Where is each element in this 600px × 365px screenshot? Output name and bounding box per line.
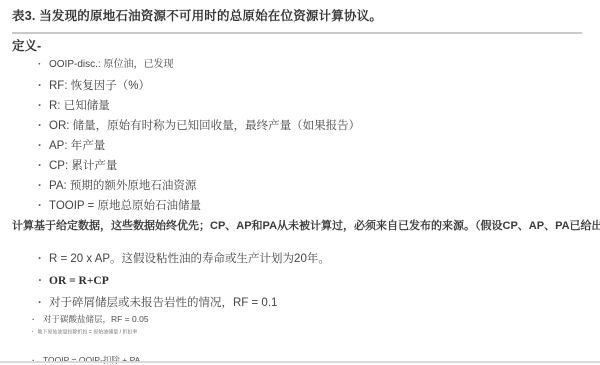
- definition-item-r: R: 已知储量: [38, 100, 588, 112]
- definition-item-rf: RF: 恢复因子（%）: [38, 80, 588, 92]
- table-caption: 表3. 当发现的原地石油资源不可用时的总原始在位资源计算协议。: [12, 9, 588, 23]
- document-page: 表3. 当发现的原地石油资源不可用时的总原始在位资源计算协议。 定义- OOIP…: [0, 0, 600, 365]
- definition-item-tooip: TOOIP = 原地总原始石油储量: [38, 200, 588, 212]
- calculation-note: 计算基于给定数据，这些数据始终优先；CP、AP和PA从未被计算过，必须来自已发布…: [12, 220, 588, 233]
- rule-item-clastic-rf: 对于碎屑储层或未报告岩性的情况，RF = 0.1: [38, 297, 588, 309]
- rules-list: R = 20 x AP。这假设粘性油的寿命或生产计划为20年。 OR = R+C…: [38, 253, 588, 365]
- definition-item-ooip-disc: OOIP-disc.: 原位油，已发现: [38, 59, 588, 70]
- bottom-divider: [0, 361, 600, 363]
- rule-item-ooip-note: 地下原始油量扣除折扣 = 原始油储量 / 折扣率: [32, 330, 310, 335]
- definition-item-pa: PA: 预期的额外原地石油资源: [38, 180, 588, 192]
- definitions-list: OOIP-disc.: 原位油，已发现 RF: 恢复因子（%） R: 已知储量 …: [38, 59, 588, 212]
- definition-item-cp: CP: 累计产量: [38, 160, 588, 172]
- horizontal-divider: [12, 32, 582, 34]
- definitions-heading: 定义-: [12, 40, 588, 53]
- definition-item-ap: AP: 年产量: [38, 140, 588, 152]
- rule-item-or-formula: OR = R+CP: [38, 275, 588, 287]
- rule-item-r-formula: R = 20 x AP。这假设粘性油的寿命或生产计划为20年。: [38, 253, 588, 265]
- definition-item-or: OR: 储量，原始有时称为已知回收量，最终产量（如果报告）: [38, 120, 588, 132]
- rule-item-carbonate-rf: 对于碳酸盐储层，RF = 0.05: [32, 315, 588, 324]
